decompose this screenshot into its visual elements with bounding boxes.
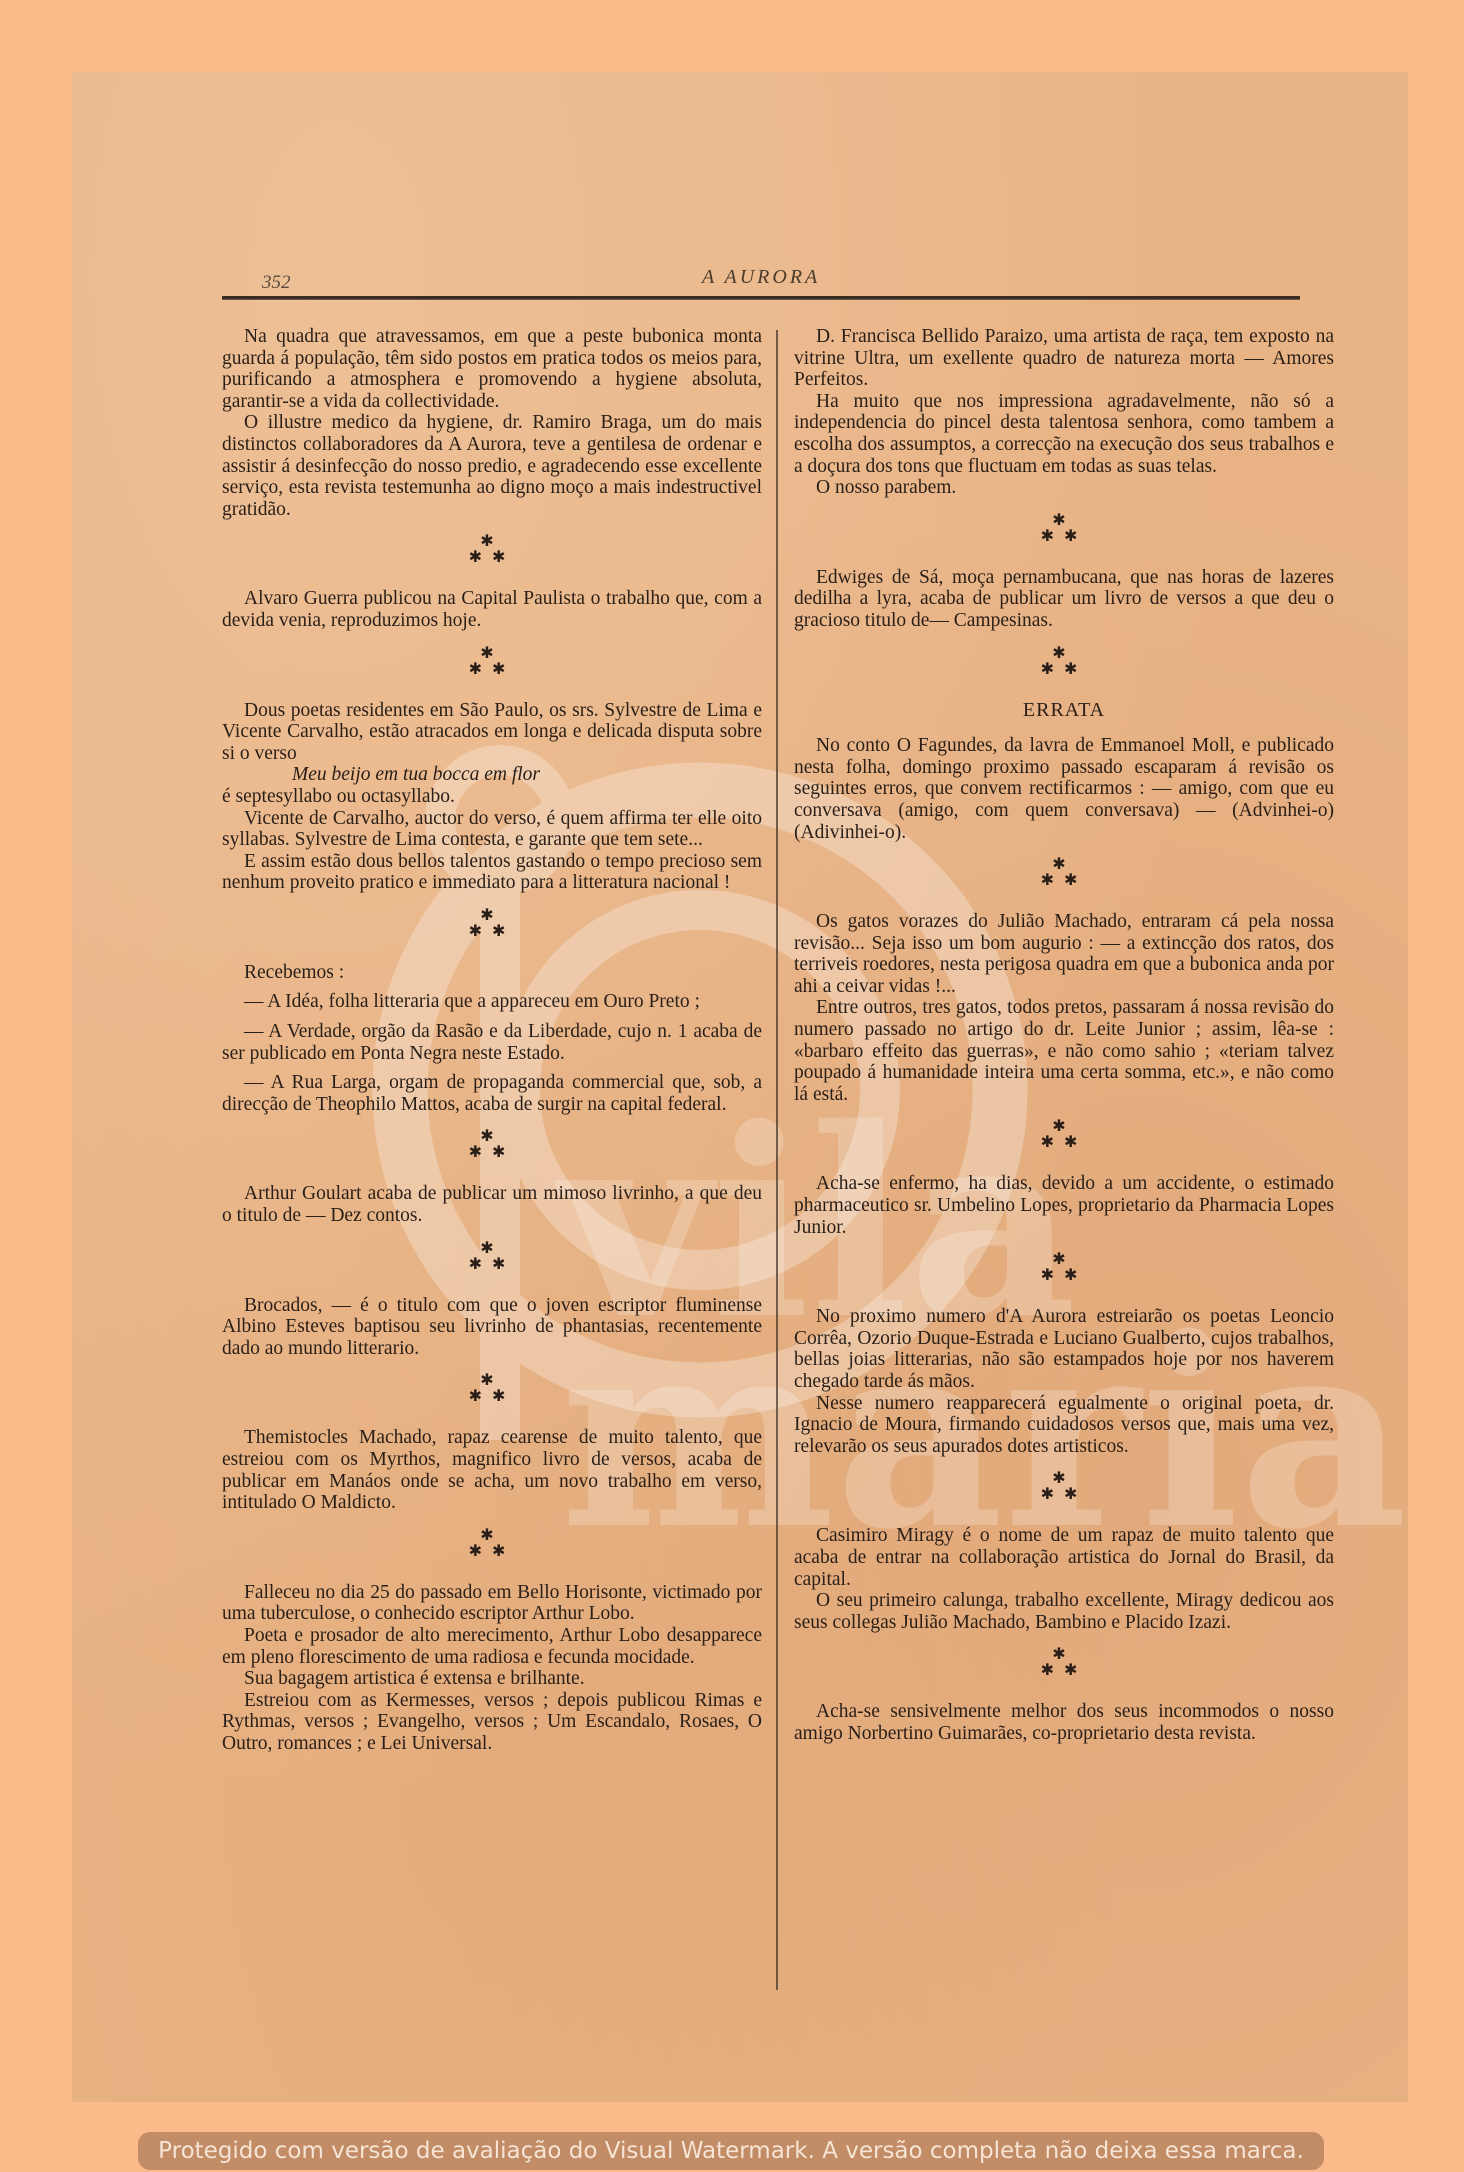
article-paragraph: Na quadra que atravessamos, em que a pes… bbox=[222, 326, 762, 412]
article-paragraph: — A Idéa, folha litteraria que a apparec… bbox=[222, 991, 762, 1013]
article: Dous poetas residentes em São Paulo, os … bbox=[222, 700, 762, 894]
article: Casimiro Miragy é o nome de um rapaz de … bbox=[794, 1525, 1334, 1633]
article-paragraph: Entre outros, tres gatos, todos pretos, … bbox=[794, 997, 1334, 1105]
section-separator-stars-icon: ✱✱✱ bbox=[222, 1129, 762, 1161]
article: Na quadra que atravessamos, em que a pes… bbox=[222, 326, 762, 520]
article: Recebemos :— A Idéa, folha litteraria qu… bbox=[222, 962, 762, 1116]
section-separator-stars-icon: ✱✱✱ bbox=[222, 908, 762, 940]
article-paragraph: Acha-se enfermo, ha dias, devido a um ac… bbox=[794, 1173, 1334, 1238]
article-paragraph: O seu primeiro calunga, trabalho excelle… bbox=[794, 1590, 1334, 1633]
article: Alvaro Guerra publicou na Capital Paulis… bbox=[222, 588, 762, 631]
section-separator-stars-icon: ✱✱✱ bbox=[222, 646, 762, 678]
article-paragraph: Brocados, — é o titulo com que o joven e… bbox=[222, 1295, 762, 1360]
section-separator-stars-icon: ✱✱✱ bbox=[794, 857, 1334, 889]
article-paragraph: O nosso parabem. bbox=[794, 477, 1334, 499]
section-separator-stars-icon: ✱✱✱ bbox=[222, 534, 762, 566]
article: ERRATANo conto O Fagundes, da lavra de E… bbox=[794, 700, 1334, 844]
section-separator-stars-icon: ✱✱✱ bbox=[222, 1373, 762, 1405]
article-heading: ERRATA bbox=[794, 700, 1334, 722]
section-separator-stars-icon: ✱✱✱ bbox=[794, 513, 1334, 545]
article: Acha-se sensivelmente melhor dos seus in… bbox=[794, 1701, 1334, 1744]
right-column: D. Francisca Bellido Paraizo, uma artist… bbox=[794, 326, 1334, 1745]
article-paragraph: Edwiges de Sá, moça pernambucana, que na… bbox=[794, 567, 1334, 632]
article: Arthur Goulart acaba de publicar um mimo… bbox=[222, 1183, 762, 1226]
article: Falleceu no dia 25 do passado em Bello H… bbox=[222, 1582, 762, 1755]
article-paragraph: Ha muito que nos impressiona agradavelme… bbox=[794, 391, 1334, 477]
article-paragraph: — A Verdade, orgão da Rasão e da Liberda… bbox=[222, 1021, 762, 1064]
article-paragraph: Os gatos vorazes do Julião Machado, entr… bbox=[794, 911, 1334, 997]
left-column: Na quadra que atravessamos, em que a pes… bbox=[222, 326, 762, 1755]
article: D. Francisca Bellido Paraizo, uma artist… bbox=[794, 326, 1334, 499]
article-paragraph: Meu beijo em tua bocca em flor bbox=[222, 764, 762, 786]
article-paragraph: No proximo numero d'A Aurora estreiarão … bbox=[794, 1306, 1334, 1392]
article-paragraph: Themistocles Machado, rapaz cearense de … bbox=[222, 1427, 762, 1513]
article-paragraph: Casimiro Miragy é o nome de um rapaz de … bbox=[794, 1525, 1334, 1590]
journal-title: A AURORA bbox=[702, 266, 820, 289]
page-header: 352 A AURORA bbox=[222, 264, 1300, 294]
section-separator-stars-icon: ✱✱✱ bbox=[794, 646, 1334, 678]
section-separator-stars-icon: ✱✱✱ bbox=[794, 1647, 1334, 1679]
article-paragraph: — A Rua Larga, orgam de propaganda comme… bbox=[222, 1072, 762, 1115]
article-paragraph: Vicente de Carvalho, auctor do verso, é … bbox=[222, 808, 762, 851]
article: Edwiges de Sá, moça pernambucana, que na… bbox=[794, 567, 1334, 632]
article: Os gatos vorazes do Julião Machado, entr… bbox=[794, 911, 1334, 1105]
article-paragraph: Nesse numero reapparecerá egualmente o o… bbox=[794, 1393, 1334, 1458]
section-separator-stars-icon: ✱✱✱ bbox=[222, 1528, 762, 1560]
article-paragraph: D. Francisca Bellido Paraizo, uma artist… bbox=[794, 326, 1334, 391]
article-paragraph: Alvaro Guerra publicou na Capital Paulis… bbox=[222, 588, 762, 631]
section-separator-stars-icon: ✱✱✱ bbox=[794, 1119, 1334, 1151]
watermark-banner: Protegido com versão de avaliação do Vis… bbox=[138, 2132, 1324, 2170]
header-rule bbox=[222, 296, 1300, 300]
article: Acha-se enfermo, ha dias, devido a um ac… bbox=[794, 1173, 1334, 1238]
page-number: 352 bbox=[262, 272, 291, 294]
article-paragraph: Dous poetas residentes em São Paulo, os … bbox=[222, 700, 762, 765]
column-divider bbox=[776, 330, 778, 1990]
article: No proximo numero d'A Aurora estreiarão … bbox=[794, 1306, 1334, 1457]
article-paragraph: O illustre medico da hygiene, dr. Ramiro… bbox=[222, 412, 762, 520]
section-separator-stars-icon: ✱✱✱ bbox=[794, 1471, 1334, 1503]
section-separator-stars-icon: ✱✱✱ bbox=[794, 1252, 1334, 1284]
article-paragraph: Acha-se sensivelmente melhor dos seus in… bbox=[794, 1701, 1334, 1744]
section-separator-stars-icon: ✱✱✱ bbox=[222, 1241, 762, 1273]
article-paragraph: No conto O Fagundes, da lavra de Emmanoe… bbox=[794, 735, 1334, 843]
article-paragraph: Recebemos : bbox=[222, 962, 762, 984]
article: Brocados, — é o titulo com que o joven e… bbox=[222, 1295, 762, 1360]
article-paragraph: Estreiou com as Kermesses, versos ; depo… bbox=[222, 1690, 762, 1755]
article-paragraph: Poeta e prosador de alto merecimento, Ar… bbox=[222, 1625, 762, 1668]
article-paragraph: Falleceu no dia 25 do passado em Bello H… bbox=[222, 1582, 762, 1625]
article-paragraph: Sua bagagem artistica é extensa e brilha… bbox=[222, 1668, 762, 1690]
article: Themistocles Machado, rapaz cearense de … bbox=[222, 1427, 762, 1513]
article-paragraph: E assim estão dous bellos talentos gasta… bbox=[222, 851, 762, 894]
article-paragraph: é septesyllabo ou octasyllabo. bbox=[222, 786, 762, 808]
article-paragraph: Arthur Goulart acaba de publicar um mimo… bbox=[222, 1183, 762, 1226]
